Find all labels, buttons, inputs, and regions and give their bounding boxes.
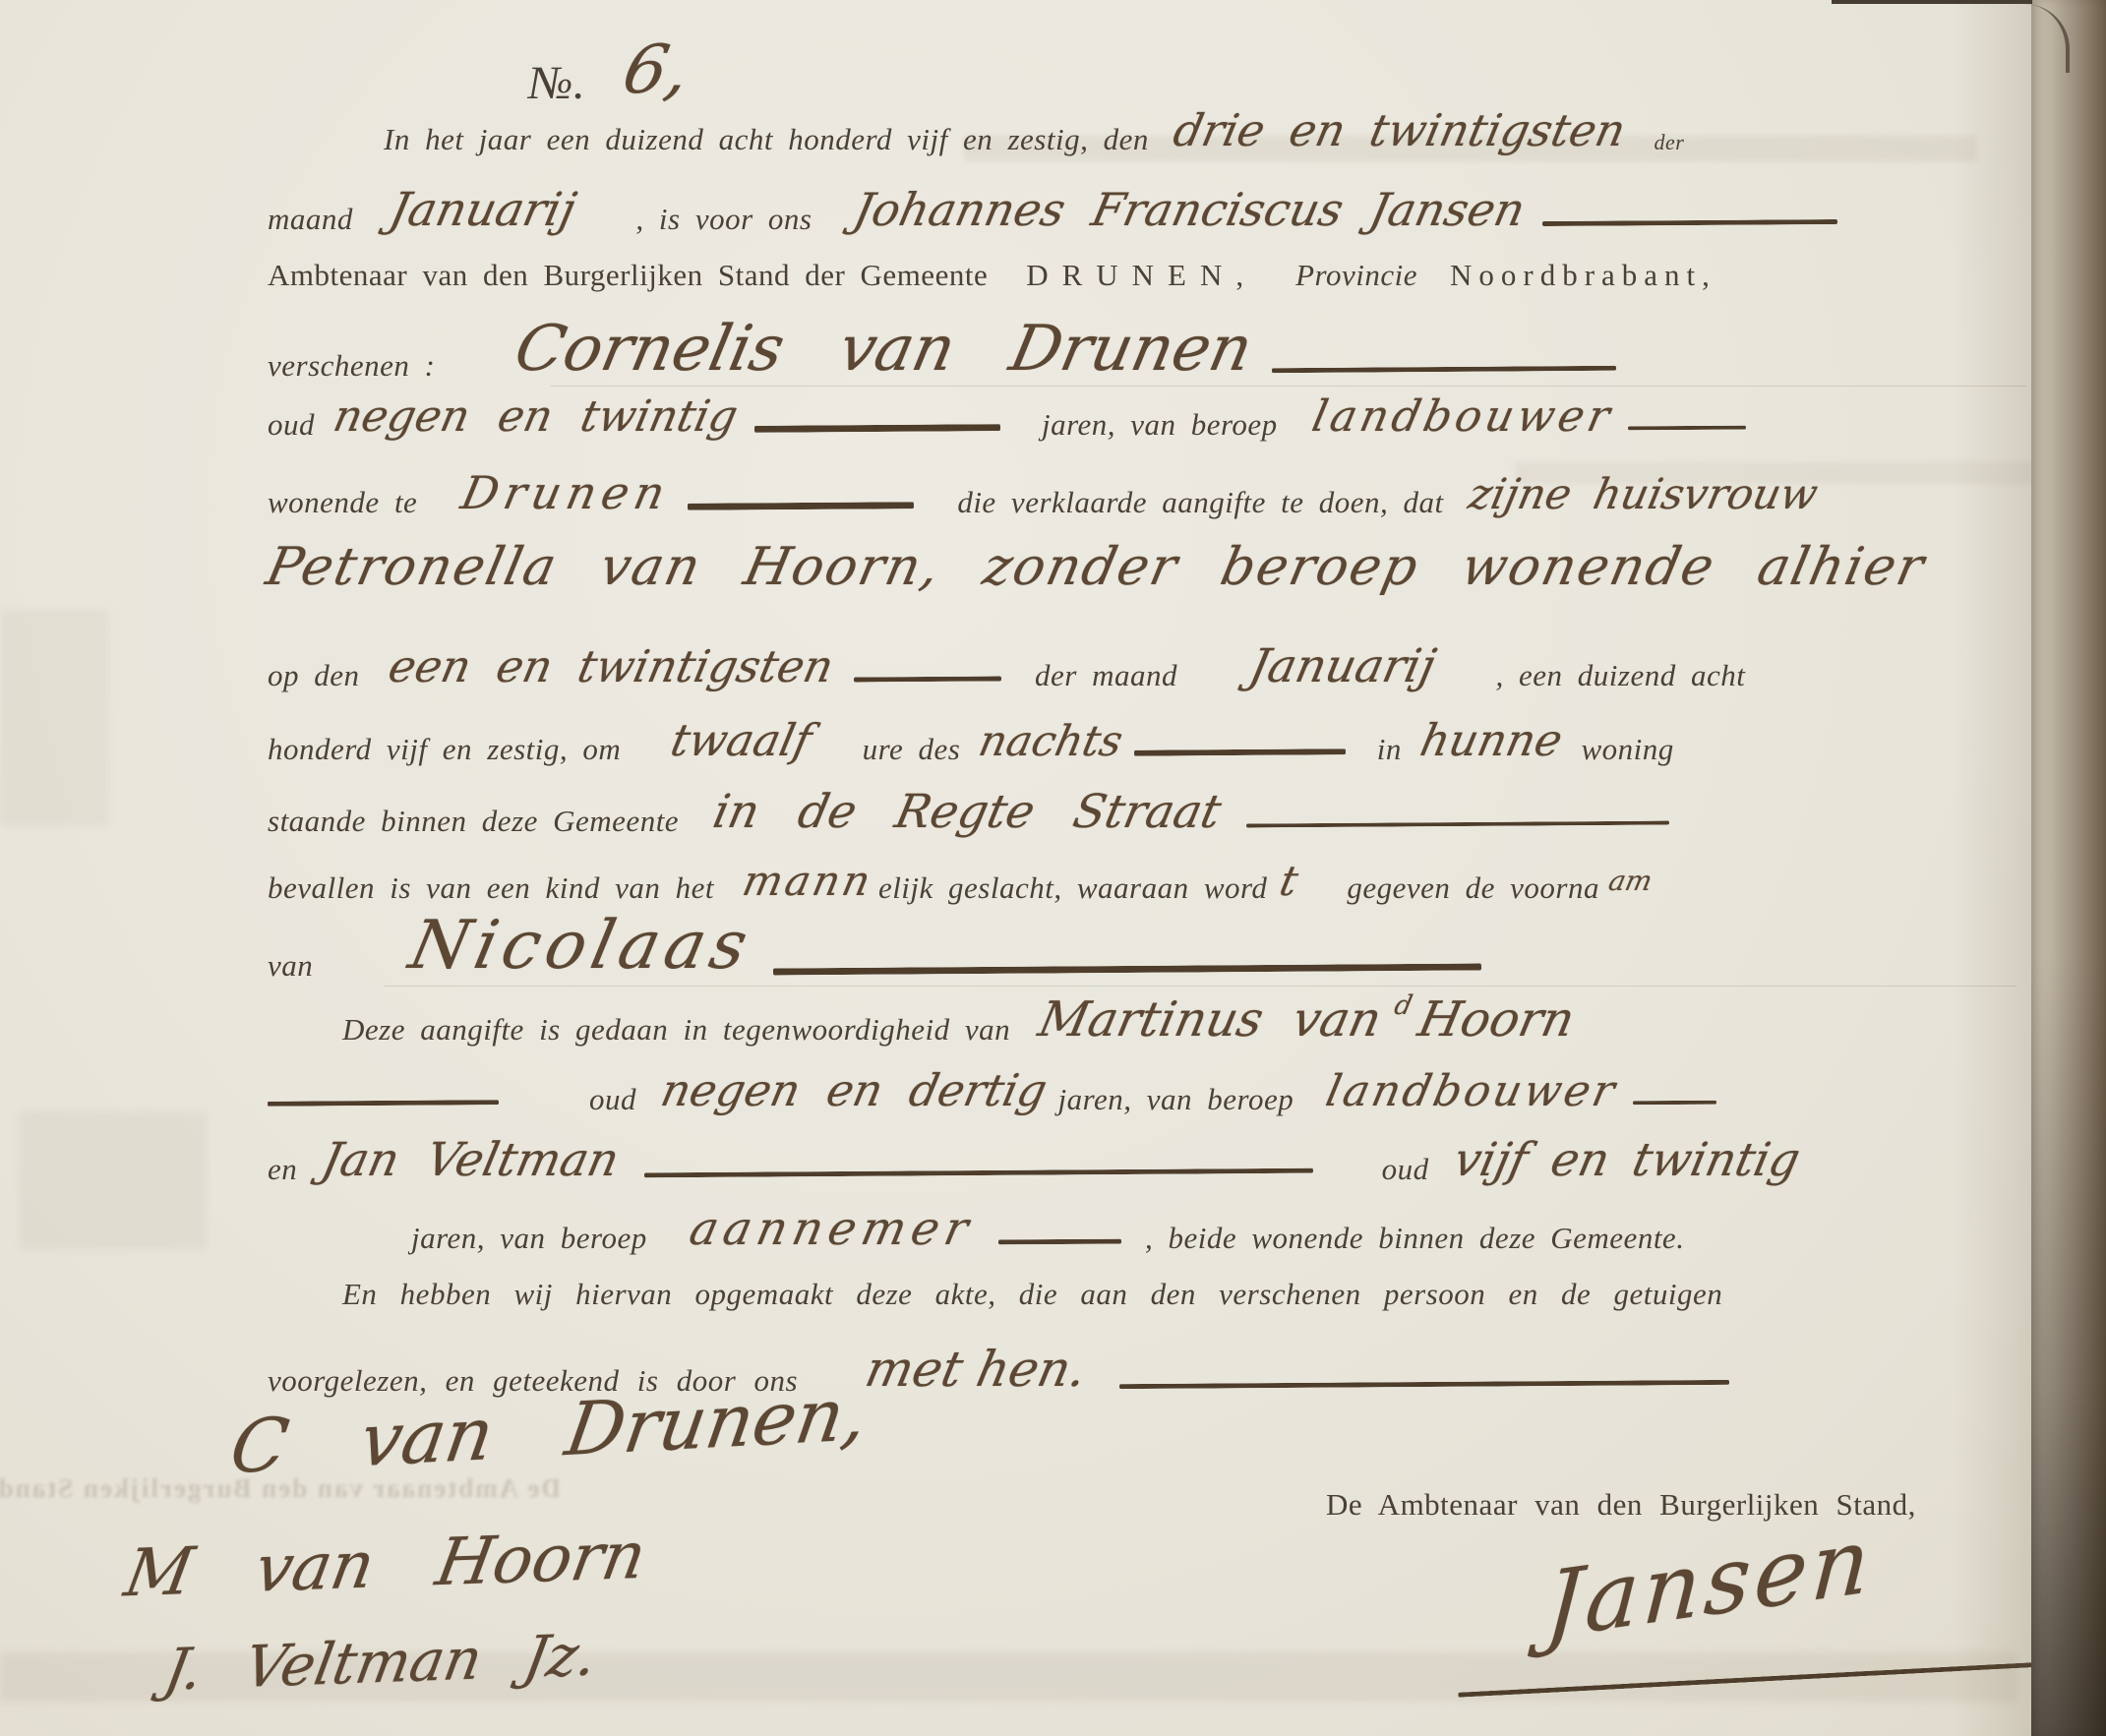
printed-text: staande binnen deze Gemeente — [268, 804, 679, 838]
printed-text: van — [268, 948, 313, 983]
document-page: De Ambtenaar van den Burgerlijken Stand … — [0, 0, 2106, 1736]
printed-text: en — [268, 1152, 297, 1186]
hand-entry-witness1-name: Martinus van — [1034, 991, 1387, 1048]
fill-dash — [268, 1100, 499, 1107]
printed-text: honderd vijf en zestig, om — [268, 732, 621, 766]
printed-text: Provincie — [1295, 258, 1417, 292]
hand-entry-birth-month: Januarij — [1244, 639, 1440, 693]
hand-entry-birth-day: een en twintigsten — [384, 640, 838, 692]
printed-text: bevallen is van een kind van het — [268, 870, 714, 905]
printed-text: op den — [268, 658, 360, 692]
printed-text: Ambtenaar van den Burgerlijken Stand der… — [268, 258, 988, 292]
top-edge-line — [1832, 0, 2032, 4]
printed-text: jaren, van beroep — [411, 1221, 647, 1255]
hand-entry-declarant-age: negen en twintig — [330, 391, 743, 442]
fill-dash — [854, 676, 1001, 682]
fill-dash — [1134, 749, 1346, 757]
hand-entry-name-suffix: am — [1605, 865, 1655, 897]
page-edge-shade — [1953, 0, 2031, 1736]
fill-dash — [998, 1238, 1121, 1244]
hand-entry-witness1-age: negen en dertig — [656, 1064, 1052, 1116]
fill-dash — [773, 963, 1481, 975]
hand-entry-month: Januarij — [385, 183, 580, 237]
fill-dash — [1628, 426, 1746, 431]
printed-text: oud — [1382, 1152, 1429, 1186]
hand-entry-witness2-name: Jan Veltman — [317, 1133, 624, 1187]
printed-text: jaren, van beroep — [1042, 407, 1278, 442]
hand-entry-signed-with: met hen. — [861, 1341, 1092, 1398]
fill-dash — [1542, 219, 1837, 226]
printed-text: woning — [1581, 732, 1673, 766]
printed-text: die verklaarde aangifte te doen, dat — [957, 485, 1443, 519]
fill-dash — [1246, 821, 1669, 828]
printed-text: In het jaar een duizend acht honderd vij… — [384, 122, 1149, 156]
act-number-value: 6, — [617, 31, 697, 109]
hand-entry-declarant-occupation: landbouwer — [1307, 391, 1617, 442]
printed-text: Deze aangifte is gedaan in tegenwoordigh… — [342, 1012, 1010, 1047]
hand-entry-house: hunne — [1415, 714, 1567, 766]
hand-entry-residence: Drunen — [457, 466, 676, 519]
hand-entry-mother-name: Petronella van Hoorn, zonder beroep wone… — [262, 537, 1931, 597]
hand-entry-daypart: nachts — [975, 717, 1127, 766]
hand-entry-witness2-age: vijf en twintig — [1449, 1133, 1805, 1187]
printed-text: , een duizend acht — [1496, 658, 1746, 692]
fill-dash — [1119, 1380, 1729, 1389]
hand-entry-birth-hour: twaalf — [667, 714, 817, 766]
act-number-label: №. — [528, 57, 585, 109]
printed-text: gegeven de voorna — [1347, 870, 1599, 905]
hand-entry-declarant-name: Cornelis van Drunen — [509, 313, 1258, 386]
hand-entry-word-t: t — [1276, 857, 1302, 905]
signature-witness2: J. Veltman Jz. — [159, 1621, 602, 1704]
fill-dash — [688, 502, 914, 510]
fill-dash — [644, 1167, 1313, 1177]
showthrough-smudge — [0, 610, 108, 826]
printed-text: elijk geslacht, waaraan word — [878, 870, 1268, 905]
hand-entry-wife-intro: zijne huisvrouw — [1464, 470, 1822, 519]
municipality-name: DRUNEN, — [1026, 258, 1257, 292]
fill-dash — [1272, 366, 1616, 373]
hand-entry-witness1-sup: d — [1391, 990, 1414, 1021]
province-name: Noordbrabant, — [1450, 258, 1716, 292]
hand-entry-witness1-surname: Hoorn — [1414, 991, 1580, 1048]
showthrough-smudge — [20, 1111, 207, 1249]
printed-text: maand — [268, 202, 353, 236]
signature-official: Jansen — [1542, 1507, 1877, 1660]
hand-entry-witness1-occupation: landbouwer — [1322, 1066, 1622, 1116]
hand-entry-gender: mann — [739, 857, 877, 905]
printed-text: En hebben wij hiervan opgemaakt deze akt… — [342, 1277, 1722, 1311]
hand-entry-street: in de Regte Straat — [708, 785, 1226, 839]
hand-entry-registrar: Johannes Franciscus Jansen — [850, 183, 1531, 236]
printed-text: , is voor ons — [635, 202, 812, 236]
printed-text: der — [1654, 130, 1684, 154]
printed-text: oud — [268, 407, 315, 442]
hand-entry-day: drie en twintigsten — [1169, 104, 1630, 156]
printed-text: der maand — [1035, 658, 1177, 692]
fill-dash — [754, 424, 1000, 433]
printed-text: oud — [589, 1082, 636, 1116]
printed-text: jaren, van beroep — [1057, 1082, 1294, 1116]
book-binding-shadow — [2031, 0, 2106, 1736]
printed-text: ure des — [863, 732, 961, 766]
printed-text: , beide wonende binnen deze Gemeente. — [1145, 1221, 1684, 1255]
printed-text: verschenen : — [268, 348, 436, 383]
printed-text: in — [1377, 732, 1402, 766]
fill-dash — [1633, 1101, 1716, 1106]
printed-text: wonende te — [268, 485, 417, 519]
signature-witness1: M van Hoorn — [119, 1518, 651, 1612]
hand-entry-child-name: Nicolaas — [403, 907, 760, 985]
hand-entry-witness2-occupation: aannemer — [685, 1202, 979, 1256]
